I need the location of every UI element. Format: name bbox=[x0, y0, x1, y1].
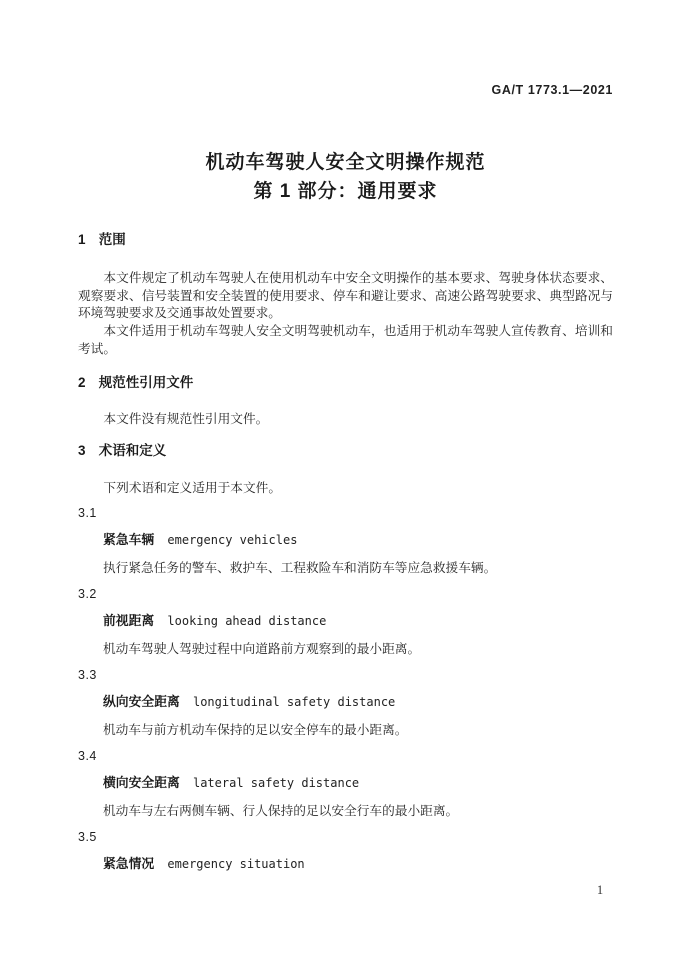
section-title: 范围 bbox=[99, 232, 126, 247]
term-number: 3.1 bbox=[78, 507, 613, 520]
term-entry-lateral-safety-distance: 3.4 横向安全距离 lateral safety distance 机动车与左… bbox=[78, 750, 613, 818]
term-zh: 紧急车辆 bbox=[103, 532, 154, 547]
document-page: GA/T 1773.1—2021 机动车驾驶人安全文明操作规范 第 1 部分：通… bbox=[0, 0, 680, 961]
term-entry-emergency-vehicles: 3.1 紧急车辆 emergency vehicles 执行紧急任务的警车、救护… bbox=[78, 507, 613, 575]
doc-title: 机动车驾驶人安全文明操作规范 第 1 部分：通用要求 bbox=[78, 148, 613, 206]
term-heading: 前视距离 looking ahead distance bbox=[78, 614, 613, 628]
term-en: longitudinal safety distance bbox=[193, 695, 395, 709]
term-en: emergency situation bbox=[167, 857, 304, 871]
scope-paragraph-1: 本文件规定了机动车驾驶人在使用机动车中安全文明操作的基本要求、驾驶身体状态要求、… bbox=[78, 270, 613, 323]
term-heading: 紧急情况 emergency situation bbox=[78, 857, 613, 871]
section-heading-scope: 1 范围 bbox=[78, 233, 613, 247]
section-title: 规范性引用文件 bbox=[99, 375, 194, 390]
term-en: lateral safety distance bbox=[193, 776, 359, 790]
section-terms-definitions: 3 术语和定义 下列术语和定义适用于本文件。 bbox=[78, 444, 613, 498]
term-zh: 纵向安全距离 bbox=[103, 694, 180, 709]
term-heading: 纵向安全距离 longitudinal safety distance bbox=[78, 695, 613, 709]
section-scope: 1 范围 本文件规定了机动车驾驶人在使用机动车中安全文明操作的基本要求、驾驶身体… bbox=[78, 233, 613, 359]
term-definition: 机动车与左右两侧车辆、行人保持的足以安全行车的最小距离。 bbox=[78, 804, 613, 818]
term-en: emergency vehicles bbox=[167, 533, 297, 547]
section-title: 术语和定义 bbox=[99, 443, 167, 458]
term-entry-emergency-situation: 3.5 紧急情况 emergency situation bbox=[78, 831, 613, 871]
term-number: 3.4 bbox=[78, 750, 613, 763]
terms-intro-paragraph: 下列术语和定义适用于本文件。 bbox=[78, 480, 613, 498]
term-entry-looking-ahead-distance: 3.2 前视距离 looking ahead distance 机动车驾驶人驾驶… bbox=[78, 588, 613, 656]
section-number: 2 bbox=[78, 376, 87, 390]
doc-number: GA/T 1773.1—2021 bbox=[78, 0, 613, 97]
term-definition: 机动车驾驶人驾驶过程中向道路前方观察到的最小距离。 bbox=[78, 642, 613, 656]
doc-title-line1: 机动车驾驶人安全文明操作规范 bbox=[78, 148, 613, 177]
section-number: 1 bbox=[78, 233, 87, 247]
term-heading: 横向安全距离 lateral safety distance bbox=[78, 776, 613, 790]
term-entry-longitudinal-safety-distance: 3.3 纵向安全距离 longitudinal safety distance … bbox=[78, 669, 613, 737]
normative-references-paragraph: 本文件没有规范性引用文件。 bbox=[78, 411, 613, 429]
term-definition: 机动车与前方机动车保持的足以安全停车的最小距离。 bbox=[78, 723, 613, 737]
term-zh: 横向安全距离 bbox=[103, 775, 180, 790]
scope-paragraph-2: 本文件适用于机动车驾驶人安全文明驾驶机动车，也适用于机动车驾驶人宣传教育、培训和… bbox=[78, 323, 613, 358]
section-heading-terms-definitions: 3 术语和定义 bbox=[78, 444, 613, 458]
term-zh: 紧急情况 bbox=[103, 856, 154, 871]
section-heading-normative-references: 2 规范性引用文件 bbox=[78, 376, 613, 390]
page-number: 1 bbox=[592, 883, 608, 897]
term-heading: 紧急车辆 emergency vehicles bbox=[78, 533, 613, 547]
term-number: 3.2 bbox=[78, 588, 613, 601]
term-number: 3.3 bbox=[78, 669, 613, 682]
term-number: 3.5 bbox=[78, 831, 613, 844]
section-number: 3 bbox=[78, 444, 87, 458]
term-definition: 执行紧急任务的警车、救护车、工程救险车和消防车等应急救援车辆。 bbox=[78, 561, 613, 575]
section-normative-references: 2 规范性引用文件 本文件没有规范性引用文件。 bbox=[78, 376, 613, 429]
doc-title-line2: 第 1 部分：通用要求 bbox=[78, 177, 613, 206]
term-en: looking ahead distance bbox=[167, 614, 326, 628]
term-zh: 前视距离 bbox=[103, 613, 154, 628]
